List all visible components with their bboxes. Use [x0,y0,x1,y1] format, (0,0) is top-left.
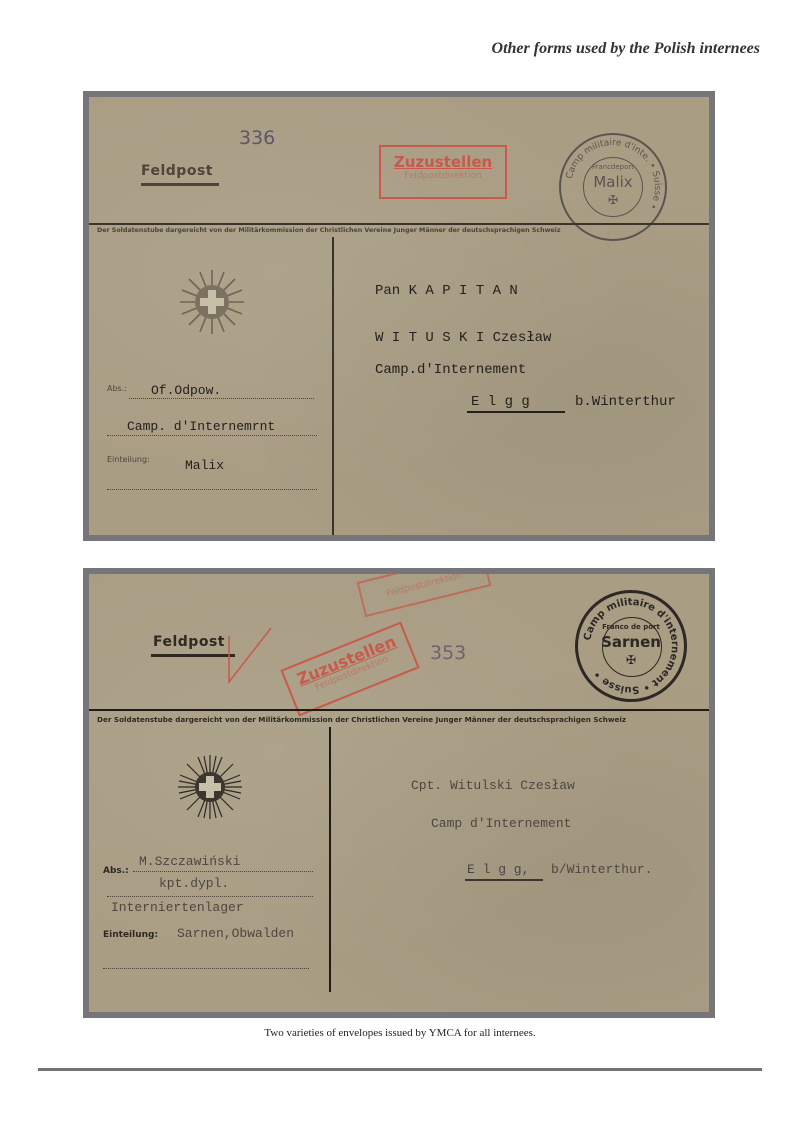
recipient-line-1: Cpt. Witulski Czesław [411,778,575,793]
divider-horizontal [89,223,709,225]
red-stamp-sub: Feldpostdirektion [381,171,505,181]
einteilung-value: Sarnen,Obwalden [177,926,294,941]
einteilung-label: Einteilung: [103,930,158,940]
postmark-franco: Franco de port [578,623,684,631]
dotted-line [107,896,313,897]
abs-label: Abs.: [103,866,129,876]
postmark-franco: Francdeport [561,163,665,171]
postmark-malix: Camp militaire d'inte. • Suisse • Francd… [559,133,667,241]
einteilung-value: Malix [185,458,224,473]
swiss-cross-sunburst-icon [177,267,247,337]
einteilung-label: Einteilung: [107,455,150,464]
swiss-cross-sunburst-icon [175,752,245,822]
recipient-place: b/Winterthur. [551,862,652,877]
dotted-line [133,871,313,872]
feldpost-label: Feldpost [153,634,225,650]
postmark-city: Malix [561,173,665,191]
feldpost-label: Feldpost [141,163,213,179]
red-stamp-top: Feldpostdirektion [357,574,492,617]
red-stamp-zuzustellen: Zuzustellen Feldpostdirektion [280,621,419,716]
envelope-number: 353 [430,642,466,664]
figure-caption: Two varieties of envelopes issued by YMC… [0,1027,800,1039]
sender-line-3: Interniertenlager [111,900,244,915]
divider-horizontal [89,709,709,711]
dotted-line [107,489,317,490]
sender-line-1: Of.Odpow. [151,383,221,398]
divider-vertical [332,237,334,535]
red-stamp-zuzustellen: Zuzustellen Feldpostdirektion [379,145,507,199]
red-stamp-top-sub: Feldpostdirektion [362,574,487,605]
swiss-cross-icon: ✠ [561,193,665,208]
envelope-1: 336 Feldpost Zuzustellen Feldpostdirekti… [89,97,709,535]
page-title: Other forms used by the Polish internees [492,40,760,58]
sender-line-2: Camp. d'Internemrnt [127,419,275,434]
city-underline [467,411,565,413]
dotted-line [103,968,309,969]
recipient-line-3: Camp.d'Internement [375,362,526,378]
footer-rule [38,1068,762,1071]
recipient-city: E l g g, [467,862,529,877]
postmark-city: Sarnen [578,633,684,651]
sender-line-2: kpt.dypl. [159,876,229,891]
recipient-city: E l g g [471,394,530,410]
divider-vertical [329,727,331,992]
swiss-cross-icon: ✠ [578,653,684,668]
sender-line-1: M.Szczawiński [139,854,240,869]
recipient-place: b.Winterthur [575,394,676,410]
envelope-2: Feldpost Feldpostdirektion Zuzustellen F… [89,574,709,1012]
postmark-sarnen: Camp militaire d'internement • Suisse • … [575,590,687,702]
envelope-number: 336 [239,127,275,149]
ymca-notice: Der Soldatenstube dargereicht von der Mi… [97,715,626,724]
abs-label: Abs.: [107,384,127,393]
dotted-line [129,398,314,399]
recipient-line-2: W I T U S K I Czesław [375,330,551,346]
red-stamp-main: Zuzustellen [381,153,505,171]
recipient-line-2: Camp d'Internement [431,816,571,831]
ymca-notice: Der Soldatenstube dargereicht von der Mi… [97,227,561,234]
envelope-2-frame: Feldpost Feldpostdirektion Zuzustellen F… [83,568,715,1018]
dotted-line [107,435,317,436]
city-underline [465,879,543,881]
recipient-line-1: Pan K A P I T A N [375,283,518,299]
envelope-1-frame: 336 Feldpost Zuzustellen Feldpostdirekti… [83,91,715,541]
red-check-mark [219,624,279,689]
feldpost-underline [141,183,219,186]
